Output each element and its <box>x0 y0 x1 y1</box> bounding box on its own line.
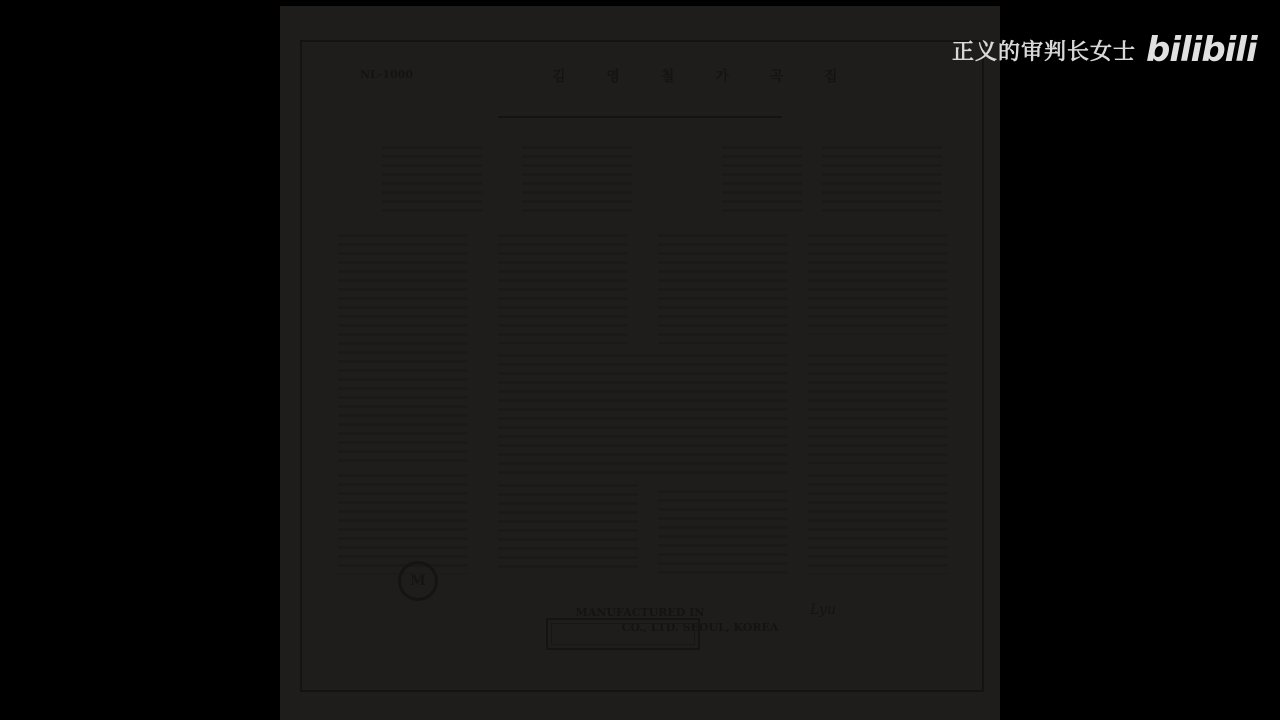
track-list-block <box>722 146 802 218</box>
text-column <box>498 484 638 574</box>
record-sleeve-back: NL-1000 김 영 철 가 곡 집 M MANUFACTURED IN CO… <box>280 6 1000 720</box>
text-column <box>498 354 788 474</box>
text-column <box>498 234 628 344</box>
channel-name: 正义的审判长女士 <box>952 35 1136 66</box>
text-column <box>658 234 788 344</box>
bilibili-logo-icon: bilibili <box>1146 30 1257 70</box>
text-column <box>338 234 468 464</box>
video-watermark: 正义的审判长女士 bilibili <box>952 30 1257 70</box>
document-title: 김 영 철 가 곡 집 <box>552 66 856 86</box>
catalog-number: NL-1000 <box>360 68 413 81</box>
track-list-block <box>822 146 942 218</box>
track-list-block <box>382 146 482 218</box>
track-list-block <box>522 146 632 218</box>
text-column <box>658 490 788 574</box>
text-column <box>808 234 948 334</box>
label-logo: M <box>398 561 438 601</box>
text-column <box>338 474 468 574</box>
signature: Lyu <box>810 602 836 618</box>
subtitle-underline <box>498 102 782 118</box>
text-column <box>808 474 948 574</box>
footer-line-3: CO., LTD. SEOUL, KOREA <box>340 621 1060 634</box>
stamp-text <box>551 623 695 645</box>
stamp-box <box>546 618 700 650</box>
text-column <box>808 354 948 464</box>
logo-glyph: M <box>410 573 426 589</box>
